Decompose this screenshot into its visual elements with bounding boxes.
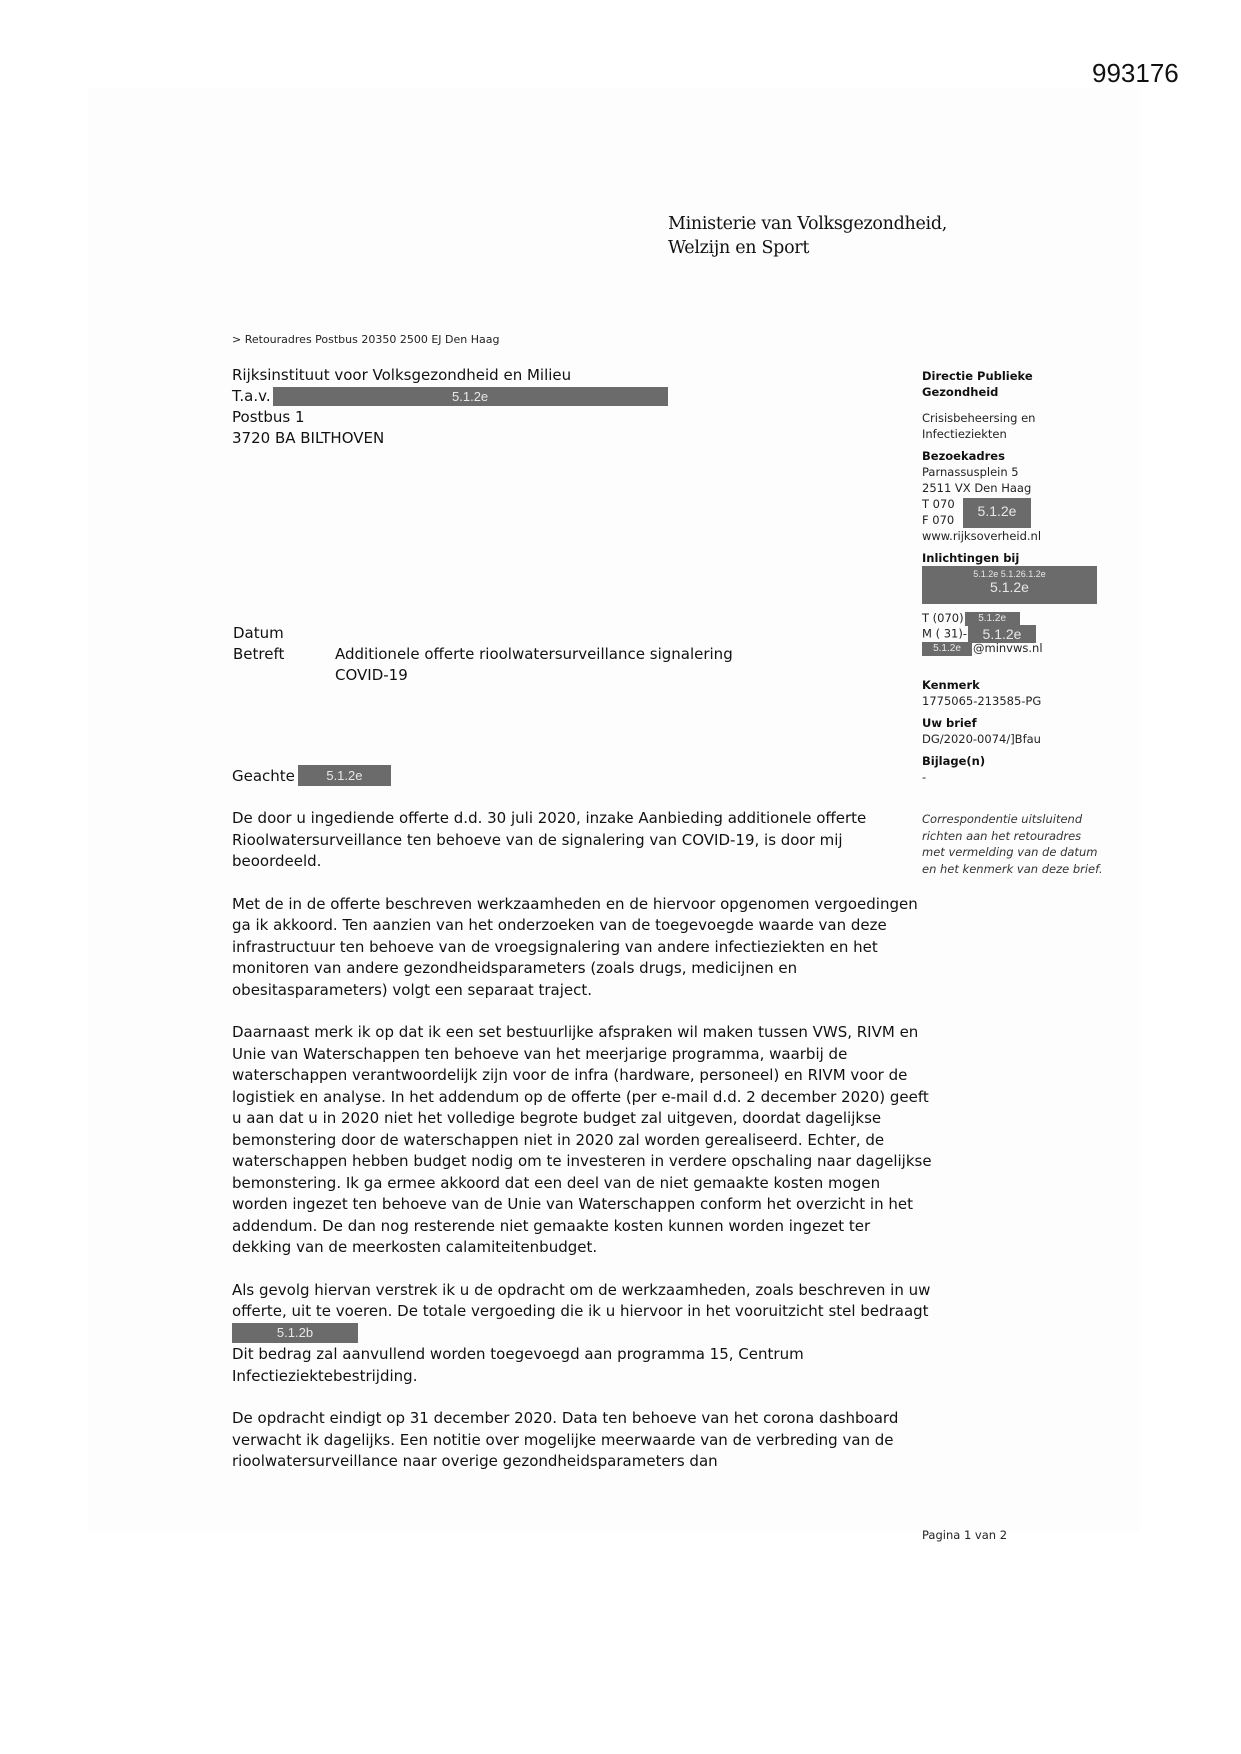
ministry-name-line1: Ministerie van Volksgezondheid, — [668, 212, 947, 236]
paragraph-text: Als gevolg hiervan verstrek ik u de opdr… — [232, 1281, 930, 1321]
visit-city: 2511 VX Den Haag — [922, 480, 1122, 496]
attention-label: T.a.v. — [232, 387, 271, 405]
body-paragraph: De door u ingediende offerte d.d. 30 jul… — [232, 808, 932, 873]
ministry-name-line2: Welzijn en Sport — [668, 236, 947, 260]
body-paragraph: Daarnaast merk ik op dat ik een set best… — [232, 1022, 932, 1259]
info-heading: Inlichtingen bij — [922, 550, 1122, 566]
reference-heading: Kenmerk — [922, 677, 1122, 693]
visit-street: Parnassusplein 5 — [922, 464, 1122, 480]
greeting: Geachte — [232, 767, 295, 785]
body-paragraph: Met de in de offerte beschreven werkzaam… — [232, 894, 932, 1002]
subject-row: Betreft Additionele offerte rioolwatersu… — [233, 644, 733, 686]
recipient-postbus: Postbus 1 — [232, 407, 668, 428]
contact-phone-prefix: T (070) — [922, 611, 964, 625]
date-row: Datum — [233, 623, 733, 644]
department-line2: Gezondheid — [922, 384, 1122, 400]
redaction-block: 5.1.2e — [273, 387, 668, 406]
redaction-label-big: 5.1.2e — [922, 580, 1097, 594]
subject-label: Betreft — [233, 644, 335, 686]
recipient-organization: Rijksinstituut voor Volksgezondheid en M… — [232, 365, 668, 386]
your-letter-heading: Uw brief — [922, 715, 1122, 731]
your-letter-value: DG/2020-0074/]Bfau — [922, 731, 1122, 747]
return-address: > Retouradres Postbus 20350 2500 EJ Den … — [232, 333, 499, 346]
contact-email-domain[interactable]: @minvws.nl — [973, 641, 1043, 655]
reference-value: 1775065-213585-PG — [922, 693, 1122, 709]
contact-mobile: M ( 31)-5.1.2e — [922, 625, 1122, 640]
recipient-address: Rijksinstituut voor Volksgezondheid en M… — [232, 365, 668, 449]
body-paragraph: De opdracht eindigt op 31 december 2020.… — [232, 1408, 932, 1473]
redaction-block: 5.1.2e — [965, 612, 1020, 626]
page-number: Pagina 1 van 2 — [922, 1528, 1007, 1542]
redaction-block: 5.1.2b — [232, 1323, 358, 1343]
recipient-city: 3720 BA BILTHOVEN — [232, 428, 668, 449]
subject-line1: Additionele offerte rioolwatersurveillan… — [335, 644, 733, 665]
website-link[interactable]: www.rijksoverheid.nl — [922, 528, 1122, 544]
subject-line2: COVID-19 — [335, 665, 733, 686]
contact-mobile-prefix: M ( 31)- — [922, 627, 967, 641]
subject-value: Additionele offerte rioolwatersurveillan… — [335, 644, 733, 686]
body-paragraph: Als gevolg hiervan verstrek ik u de opdr… — [232, 1280, 932, 1388]
redaction-label-small: 5.1.2e 5.1.26.1.2e — [922, 566, 1097, 580]
correspondence-note: Correspondentie uitsluitend richten aan … — [922, 811, 1107, 877]
redaction-block: 5.1.2e — [922, 642, 972, 656]
salutation: Geachte5.1.2e — [232, 765, 391, 786]
redaction-block: 5.1.2e — [298, 765, 391, 786]
ministry-letterhead: Ministerie van Volksgezondheid, Welzijn … — [668, 212, 947, 260]
phone-fax-group: T 070 F 070 5.1.2e — [922, 496, 1122, 528]
attachments-value: - — [922, 769, 1122, 785]
department-line1: Directie Publieke — [922, 368, 1122, 384]
date-label: Datum — [233, 623, 335, 644]
visit-address-heading: Bezoekadres — [922, 448, 1122, 464]
sidebar-colofon: Directie Publieke Gezondheid Crisisbehee… — [922, 368, 1122, 877]
redaction-block: 5.1.2e 5.1.26.1.2e 5.1.2e — [922, 566, 1097, 604]
recipient-attention: T.a.v.5.1.2e — [232, 386, 668, 407]
redaction-block: 5.1.2e — [963, 498, 1031, 528]
contact-email: 5.1.2e@minvws.nl — [922, 640, 1122, 655]
paragraph-text: Dit bedrag zal aanvullend worden toegevo… — [232, 1345, 804, 1385]
contact-phone: T (070)5.1.2e — [922, 610, 1122, 625]
letter-meta: Datum Betreft Additionele offerte rioolw… — [233, 623, 733, 686]
unit-line1: Crisisbeheersing en — [922, 410, 1122, 426]
letter-body: De door u ingediende offerte d.d. 30 jul… — [232, 808, 932, 1494]
attachments-heading: Bijlage(n) — [922, 753, 1122, 769]
unit-line2: Infectieziekten — [922, 426, 1122, 442]
document-number: 993176 — [1092, 58, 1179, 89]
